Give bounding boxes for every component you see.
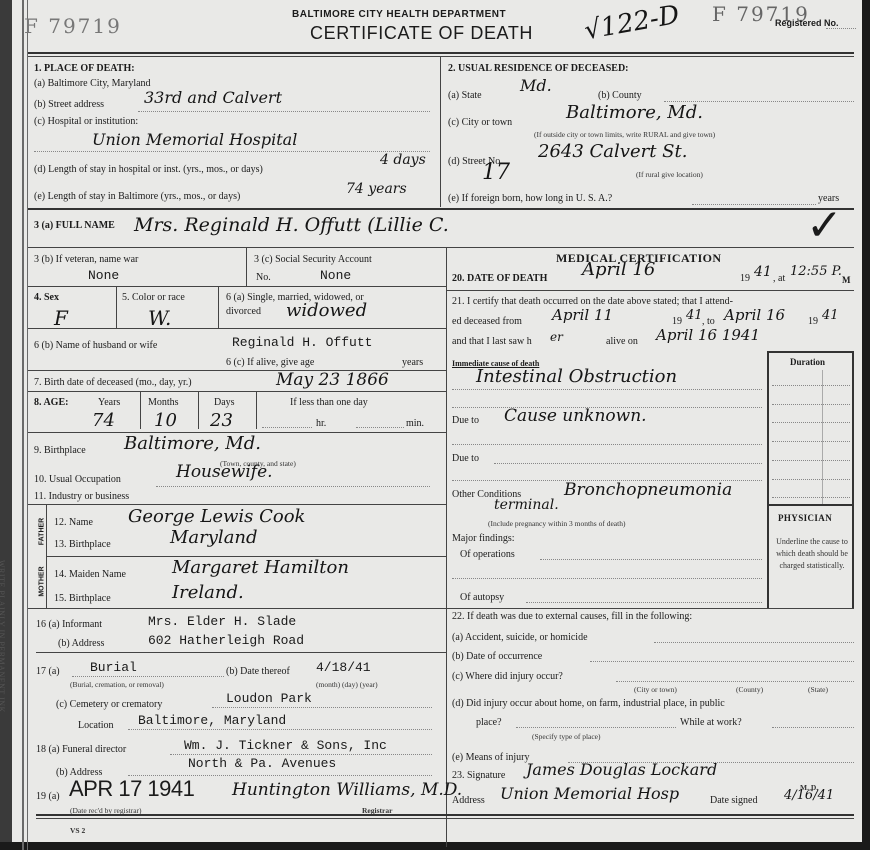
hospital-stay-label: (d) Length of stay in hospital or inst. … [34,164,263,175]
field-divider [116,286,117,328]
field-divider [256,391,257,429]
city-note: (If outside city or town limits, write R… [534,130,715,139]
last-saw-label: and that I last saw h [452,336,532,347]
certificate-title: CERTIFICATE OF DEATH [310,23,533,44]
street-note: (If rural give location) [636,170,703,179]
dotted-line [772,727,854,728]
street-address-value: 33rd and Calvert [144,88,282,107]
section-rule [28,504,446,505]
funeral-director-label: 18 (a) Funeral director [36,744,126,755]
dotted-line [494,463,762,464]
registered-label: Registered No. [775,18,839,28]
state-value: Md. [520,76,552,95]
death-year-prefix: 19 [740,273,750,284]
received-date-stamp: APR 17 1941 [69,776,194,802]
industry-label: 11. Industry or business [34,491,129,502]
section-rule [446,290,854,291]
occupation-label: 10. Usual Occupation [34,474,121,485]
injury-place-label: (c) Where did injury occur? [452,671,563,682]
margin-note: WRITE PLAINLY IN PERMANENT INK [0,560,6,820]
min-label: min. [406,418,424,429]
sex-label: 4. Sex [34,292,59,303]
to-year-value: 41 [822,308,839,323]
operations-label: Of operations [460,549,515,560]
dotted-line [772,497,850,498]
section-rule [36,652,446,653]
place-of-death-heading: 1. PLACE OF DEATH: [34,63,135,74]
section-rule [446,608,854,609]
birthplace-value: Baltimore, Md. [124,433,261,454]
burial-label: 17 (a) [36,666,60,677]
dotted-line [452,389,762,390]
dotted-line [772,460,850,461]
street-address-label: (b) Street address [34,99,104,110]
dotted-line [616,681,854,682]
injury-type-label: (d) Did injury occur about home, on farm… [452,698,725,709]
death-year-value: 41 [754,264,772,280]
attended-from-label: ed deceased from [452,316,522,327]
dotted-line [590,661,854,662]
autopsy-label: Of autopsy [460,592,504,603]
spouse-age-unit: years [402,357,423,368]
death-time-value: 12:55 P. [790,264,842,279]
father-birthplace-value: Maryland [170,527,258,548]
age-days-label: Days [214,397,235,408]
less-than-day-label: If less than one day [290,397,368,408]
column-divider [440,57,441,207]
department-name: BALTIMORE CITY HEALTH DEPARTMENT [292,9,506,20]
funeral-director-value: Wm. J. Tickner & Sons, Inc [184,738,387,753]
burial-date-note: (month) (day) (year) [316,680,378,689]
baltimore-stay-value: 74 years [346,181,407,197]
field-divider [140,391,141,429]
dotted-line [138,111,430,112]
dotted-line [452,578,762,579]
other-conditions-value-2: terminal. [494,497,559,513]
veteran-value: None [88,268,119,283]
due-to-2-label: Due to [452,453,479,464]
dotted-line [772,422,850,423]
physician-divider [767,504,854,506]
cemetery-value: Loudon Park [226,691,312,706]
father-name-value: George Lewis Cook [128,506,305,527]
burial-note: (Burial, cremation, or removal) [70,680,164,689]
birth-date-label: 7. Birth date of deceased (mo., day, yr.… [34,377,192,388]
race-value: W. [148,306,171,330]
county-label: (b) County [598,90,642,101]
parent-divider [46,556,47,608]
signature-label: 23. Signature [452,770,505,781]
due-to-1-value: Cause unknown. [504,406,647,426]
major-findings-label: Major findings: [452,533,515,544]
birthplace-label: 9. Birthplace [34,445,86,456]
field-divider [218,286,219,328]
race-label: 5. Color or race [122,292,185,303]
place-city-label: (a) Baltimore City, Maryland [34,78,151,89]
burial-value: Burial [90,660,137,675]
injury-type-note: (Specify type of place) [532,732,601,741]
residence-heading: 2. USUAL RESIDENCE OF DECEASED: [448,63,629,74]
ssn-no-label: No. [256,272,271,283]
registrar-label: 19 (a) [36,791,60,802]
duration-column-line [822,370,823,505]
column-divider [446,247,447,847]
scan-edge-right [862,0,870,850]
spouse-value: Reginald H. Offutt [232,335,372,350]
accident-label: (a) Accident, suicide, or homicide [452,632,588,643]
foreign-born-label: (e) If foreign born, how long in U. S. A… [448,193,612,204]
dotted-line [692,204,816,205]
due-to-1-label: Due to [452,415,479,426]
marital-value: widowed [286,300,367,321]
father-side-label: FATHER [39,512,46,552]
section-rule [28,391,446,392]
injury-city-note: (City or town) [634,685,677,694]
father-name-label: 12. Name [54,517,93,528]
dotted-line [540,559,762,560]
injury-state-note: (State) [808,685,828,694]
age-months-value: 10 [154,410,177,431]
occupation-value: Housewife. [176,462,273,482]
section-rule [28,208,854,210]
dotted-line [34,151,430,152]
physician-heading: PHYSICIAN [778,513,832,523]
alive-on-label: alive on [606,336,638,347]
dotted-line [262,427,312,428]
location-label: Location [78,720,114,731]
full-name-value: Mrs. Reginald H. Offutt (Lillie C. [134,214,449,236]
date-signed-value: 4/16/41 [784,788,834,803]
city-value: Baltimore, Md. [566,102,703,123]
section-rule [28,286,446,287]
dotted-line [128,729,432,730]
burial-date-label: (b) Date thereof [226,666,290,677]
mother-birthplace-label: 15. Birthplace [54,593,111,604]
margin-mark: 17 [482,160,510,185]
date-signed-label: Date signed [710,795,758,806]
header-rule [28,52,854,54]
spouse-age-label: 6 (c) If alive, give age [226,357,314,368]
ssn-label: 3 (c) Social Security Account [254,254,372,265]
hospital-stay-value: 4 days [380,152,426,168]
field-divider [246,247,247,287]
to-year-prefix: 19 [808,316,818,327]
dotted-line [826,28,856,29]
age-years-value: 74 [92,410,115,431]
hospital-label: (c) Hospital or institution: [34,116,138,127]
dotted-line [772,385,850,386]
external-heading: 22. If death was due to external causes,… [452,611,692,622]
physician-address-value: Union Memorial Hosp [500,784,679,803]
occurrence-date-label: (b) Date of occurrence [452,651,542,662]
injury-county-note: (County) [736,685,763,694]
registrar-signature: Huntington Williams, M.D. [232,780,462,800]
dotted-line [772,404,850,405]
field-divider [198,391,199,429]
attended-to-value: April 16 [724,306,785,324]
death-certificate: WRITE PLAINLY IN PERMANENT INK F 79719 B… [0,0,870,850]
while-at-work-label: While at work? [680,717,742,728]
mother-name-label: 14. Maiden Name [54,569,126,580]
age-days-value: 23 [210,410,233,431]
header-rule [28,56,854,57]
scan-edge-bottom [0,842,870,850]
other-conditions-note: (Include pregnancy within 3 months of de… [488,519,625,528]
mother-birthplace-value: Ireland. [172,582,244,603]
funeral-address-value: North & Pa. Avenues [188,756,336,771]
injury-means-label: (e) Means of injury [452,752,529,763]
age-months-label: Months [148,397,179,408]
bottom-rule [36,818,854,819]
marital-label-2: divorced [226,306,261,317]
informant-label: 16 (a) Informant [36,619,102,630]
baltimore-stay-label: (e) Length of stay in Baltimore (yrs., m… [34,191,240,202]
dotted-line [72,676,224,677]
father-birthplace-label: 13. Birthplace [54,539,111,550]
state-label: (a) State [448,90,482,101]
mother-side-label: MOTHER [39,562,46,602]
location-value: Baltimore, Maryland [138,713,286,728]
death-time-label: , at [773,273,785,284]
duration-label: Duration [790,357,825,367]
cemetery-label: (c) Cemetery or crematory [56,699,162,710]
full-name-label: 3 (a) FULL NAME [34,220,115,231]
hospital-value: Union Memorial Hospital [92,130,297,149]
other-conditions-value: Bronchopneumonia [564,480,732,500]
dotted-line [654,642,854,643]
dotted-line [772,441,850,442]
burial-date-value: 4/18/41 [316,660,371,675]
sex-value: F [54,306,68,330]
hr-label: hr. [316,418,326,429]
informant-value: Mrs. Elder H. Slade [148,614,296,629]
age-label: 8. AGE: [34,397,68,408]
check-mark-icon: ✓ [806,200,843,251]
street-value: 2643 Calvert St. [538,141,687,162]
birth-date-value: May 23 1866 [276,370,389,390]
physician-instruction: Underline the cause to which death shoul… [770,536,854,572]
dotted-line [212,707,432,708]
injury-type-label-2: place? [476,717,502,728]
physician-signature: James Douglas Lockard [526,760,717,779]
physician-address-label: Address [452,795,485,806]
section-rule [28,247,854,248]
spouse-label: 6 (b) Name of husband or wife [34,340,157,351]
date-of-death-value: April 16 [582,259,655,280]
bottom-rule [36,814,854,816]
informant-address-label: (b) Address [58,638,104,649]
registered-number-left: F 79719 [24,14,122,38]
dotted-line [170,754,432,755]
immediate-cause-value: Intestinal Obstruction [476,366,677,387]
informant-address-value: 602 Hatherleigh Road [148,633,304,648]
last-saw-pronoun: er [550,330,563,344]
dotted-line [156,486,430,487]
dotted-line [452,444,762,445]
death-time-unit: M [842,275,851,285]
form-code: VS 2 [70,826,85,835]
dotted-line [526,602,762,603]
margin-rule [27,0,28,850]
dotted-line [516,727,676,728]
last-saw-date: April 16 1941 [656,326,760,344]
margin-rule [22,0,24,850]
age-years-label: Years [98,397,120,408]
mother-name-value: Margaret Hamilton [172,557,349,578]
from-year-value: 41 [686,308,703,323]
section-rule [28,328,446,329]
file-annotation: √122-D [582,0,682,46]
attended-from-value: April 11 [552,306,613,324]
section-rule [28,608,446,609]
dotted-line [356,427,404,428]
veteran-label: 3 (b) If veteran, name war [34,254,138,265]
ssn-value: None [320,268,351,283]
date-of-death-label: 20. DATE OF DEATH [452,273,547,284]
dotted-line [772,479,850,480]
city-label: (c) City or town [448,117,512,128]
